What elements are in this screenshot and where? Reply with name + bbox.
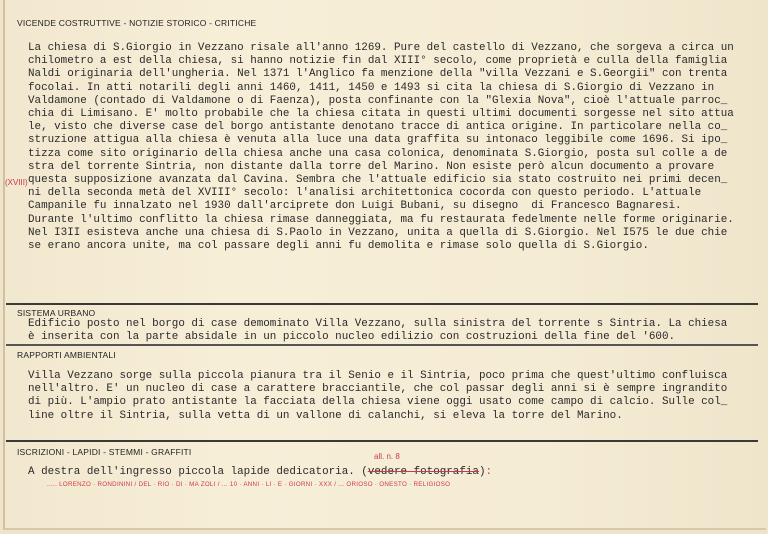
margin-note-xviii: (XVIII) — [5, 178, 28, 187]
section-divider — [6, 344, 758, 346]
text-line: chilometro a est della chiesa, si hanno … — [28, 55, 734, 68]
iscrizioni-text: A destra dell'ingresso piccola lapide de… — [28, 466, 368, 478]
text-line: le, visto che diverse case del borgo ant… — [28, 121, 734, 134]
text-line: chia di Limisano. E' molto probabile che… — [28, 108, 734, 121]
section-label-sistema-urbano: SISTEMA URBANO — [17, 308, 95, 318]
text-line: di più. L'ampio prato antistante la facc… — [28, 396, 727, 409]
section-divider — [6, 303, 758, 305]
sistema-urbano-body: Edificio posto nel borgo di case demomin… — [28, 318, 727, 344]
text-line: ni della seconda metà del XVIII° secolo:… — [28, 187, 734, 200]
text-line: Durante l'ultimo conflitto la chiesa rim… — [28, 214, 734, 227]
text-line: è inserita con la parte absidale in un p… — [28, 331, 727, 344]
red-colon: : — [486, 466, 493, 478]
text-line: focolai. In atti notarili degli anni 146… — [28, 82, 734, 95]
text-line: Naldi originaria dell'ungheria. Nel 1371… — [28, 68, 734, 81]
text-line: Valdamone (contado di Valdamone o di Fae… — [28, 95, 734, 108]
text-line: tizza come sito originario della chiesa … — [28, 148, 734, 161]
text-line: struzione attigua alla chiesa è venuta a… — [28, 134, 734, 147]
rapporti-ambientali-body: Villa Vezzano sorge sulla piccola pianur… — [28, 370, 727, 423]
vicende-body: La chiesa di S.Giorgio in Vezzano risale… — [28, 42, 734, 253]
text-line: La chiesa di S.Giorgio in Vezzano risale… — [28, 42, 734, 55]
section-divider — [6, 440, 758, 442]
annotation-allegato: all. n. 8 — [374, 452, 400, 461]
iscrizioni-body: A destra dell'ingresso piccola lapide de… — [28, 466, 492, 479]
section-label-vicende: VICENDE COSTRUTTIVE - NOTIZIE STORICO - … — [17, 18, 256, 28]
text-line: nell'altro. E' un nucleo di case a carat… — [28, 383, 727, 396]
inscription-transcription: ..... LORENZO · RONDININI / DEL · RIO · … — [47, 481, 450, 488]
text-line: Nel I3II esisteva anche una chiesa di S.… — [28, 227, 734, 240]
text-line: se erano ancora unite, ma col passare de… — [28, 240, 734, 253]
struck-text: vedere fotografia — [368, 466, 479, 478]
text-line: Villa Vezzano sorge sulla piccola pianur… — [28, 370, 727, 383]
text-line: line oltre il Sintria, sulla vetta di un… — [28, 410, 727, 423]
section-label-iscrizioni: ISCRIZIONI - LAPIDI - STEMMI - GRAFFITI — [17, 447, 192, 457]
text-line: Campanile fu innalzato nel 1930 dall'arc… — [28, 200, 734, 213]
text-line: Edificio posto nel borgo di case demomin… — [28, 318, 727, 331]
text-line: stra del torrente Sintria, non distante … — [28, 161, 734, 174]
text-line: questa supposizione avanzata dal Cavina.… — [28, 174, 734, 187]
section-label-rapporti-ambientali: RAPPORTI AMBIENTALI — [17, 350, 116, 360]
